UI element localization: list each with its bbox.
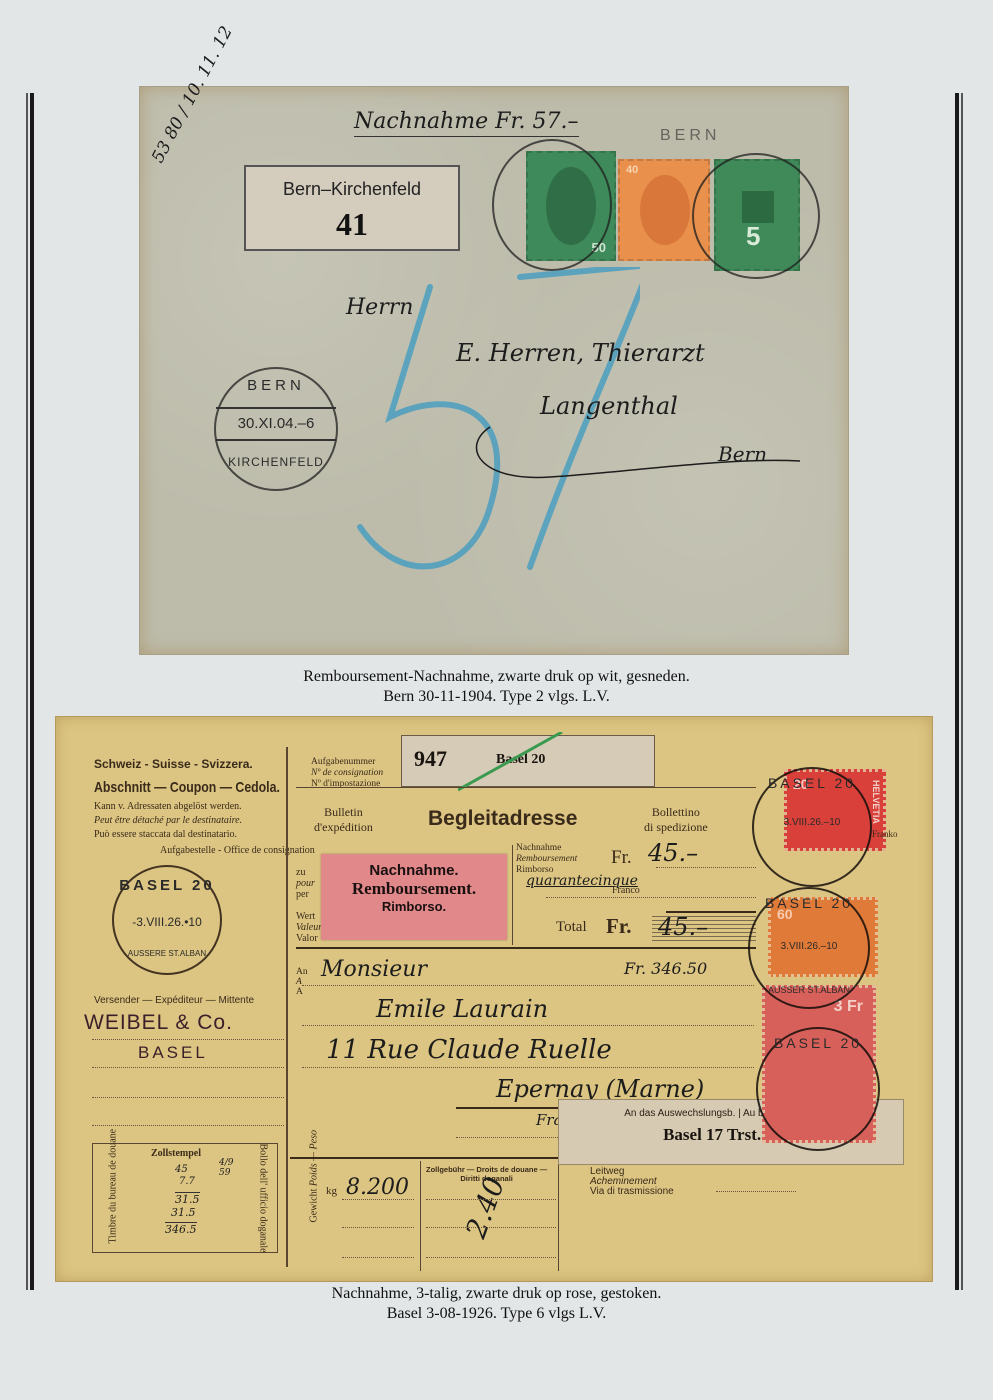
postmark-circle <box>492 139 612 271</box>
stamp-postmark: BASEL 20 <box>756 1027 880 1151</box>
registration-number: 41 <box>246 206 458 243</box>
duty-value: 2.40 <box>459 1173 511 1243</box>
zu-labels: zupourper <box>296 867 315 900</box>
coupon-country: Schweiz - Suisse - Svizzera. <box>94 757 253 771</box>
cod-fr-prefix: Fr. <box>611 847 632 869</box>
coupon-note-it: Può essere staccata dal destinatario. <box>94 829 237 840</box>
caption-card: Nachnahme, 3-talig, zwarte druk op rose,… <box>0 1284 993 1324</box>
sender-name: WEIBEL & Co. <box>84 1011 233 1035</box>
addressee-street: 11 Rue Claude Ruelle <box>326 1035 612 1065</box>
franko-label: Franko <box>872 829 898 839</box>
address-salutation: Herrn <box>346 295 413 320</box>
handwritten-cod-header: Nachnahme Fr. 57.– <box>354 109 579 137</box>
total-label: Total <box>556 919 587 936</box>
postmark-circle <box>692 153 820 279</box>
coupon-note-de: Kann v. Adressaten abgelöst werden. <box>94 801 242 812</box>
caption-card-line1: Nachnahme, 3-talig, zwarte druk op rose,… <box>0 1284 993 1304</box>
coupon-note-fr: Peut être détaché par le destinataire. <box>94 815 242 826</box>
sender-label: Versender — Expéditeur — Mittente <box>94 995 254 1006</box>
stamp-postmark: BASEL 20 3.VIII.26.–10 AUSSER ST.ALBAN <box>748 887 870 1009</box>
route-labels: LeitwegAcheminementVia di trasmissione <box>590 1167 674 1197</box>
customs-right-label: Bollo dell' ufficio doganale <box>258 1144 269 1244</box>
caption-envelope-line2: Bern 30-11-1904. Type 2 vlgs. L.V. <box>0 687 993 707</box>
registration-city: Bern–Kirchenfeld <box>246 179 458 200</box>
address-labels: AnAA <box>296 967 308 997</box>
consignment-number: 947 <box>414 746 447 772</box>
address-town: Langenthal <box>540 392 678 420</box>
envelope-cover: 53 80 / 10. 11. 12 Nachnahme Fr. 57.– Be… <box>139 86 849 655</box>
weight-unit: kg <box>326 1185 337 1197</box>
coupon-postmark-basel: BASEL 20 -3.VIII.26.•10 AUSSERE ST.ALBAN <box>112 865 222 975</box>
sender-city: BASEL <box>138 1043 208 1063</box>
stamp-postmark: BASEL 20 3.VIII.26.–10 <box>752 767 872 887</box>
handwritten-reference: 53 80 / 10. 11. 12 <box>148 23 237 166</box>
postmark-top-text: BERN <box>660 127 720 145</box>
bulletin-it: Bollettinodi spedizione <box>644 805 708 835</box>
address-flourish <box>470 417 810 487</box>
wert-labels: WertValeurValor <box>296 911 322 944</box>
weight-value: 8.200 <box>346 1175 409 1200</box>
cod-amount: 45.– <box>648 839 698 867</box>
customs-stamp-box: Zollstempel Timbre du bureau de douane B… <box>92 1143 278 1253</box>
parcel-dispatch-card: Schweiz - Suisse - Svizzera. Abschnitt —… <box>55 716 933 1282</box>
customs-left-label: Timbre du bureau de douane <box>108 1144 119 1244</box>
total-fr-prefix: Fr. <box>606 914 631 939</box>
caption-card-line2: Basel 3-08-1926. Type 6 vlgs L.V. <box>0 1304 993 1324</box>
addressee-title: Monsieur <box>321 957 427 982</box>
cod-labels: NachnahmeRemboursementRimborso <box>516 843 577 876</box>
coupon-office-arc: Aufgabestelle - Office de consignation <box>160 845 315 856</box>
address-name: E. Herren, Thierarzt <box>456 339 705 367</box>
weight-labels: Gewicht Poids — Peso <box>309 1163 320 1223</box>
consignment-number-label: 947 Basel 20 <box>401 735 655 787</box>
caption-envelope: Remboursement-Nachnahme, zwarte druk op … <box>0 667 993 707</box>
bulletin-fr: Bulletind'expédition <box>314 805 373 835</box>
aufgabe-labels: Aufgabenummer Nº de consignation Nº d'im… <box>311 757 383 790</box>
coupon-title: Abschnitt — Coupon — Cedola. <box>94 779 280 796</box>
caption-envelope-line1: Remboursement-Nachnahme, zwarte druk op … <box>0 667 993 687</box>
card-title: Begleitadresse <box>428 807 577 831</box>
addressee-name: Emile Laurain <box>376 995 548 1023</box>
franco-label: Franco <box>612 885 640 896</box>
cod-pink-label: Nachnahme. Remboursement. Rimborso. <box>321 854 507 940</box>
address-note-amount: Fr. 346.50 <box>624 959 707 978</box>
total-amount: 45.– <box>658 913 708 941</box>
postmark-bern-kirchenfeld: BERN 30.XI.04.–6 KIRCHENFELD <box>214 367 338 491</box>
registration-label: Bern–Kirchenfeld 41 <box>244 165 460 251</box>
